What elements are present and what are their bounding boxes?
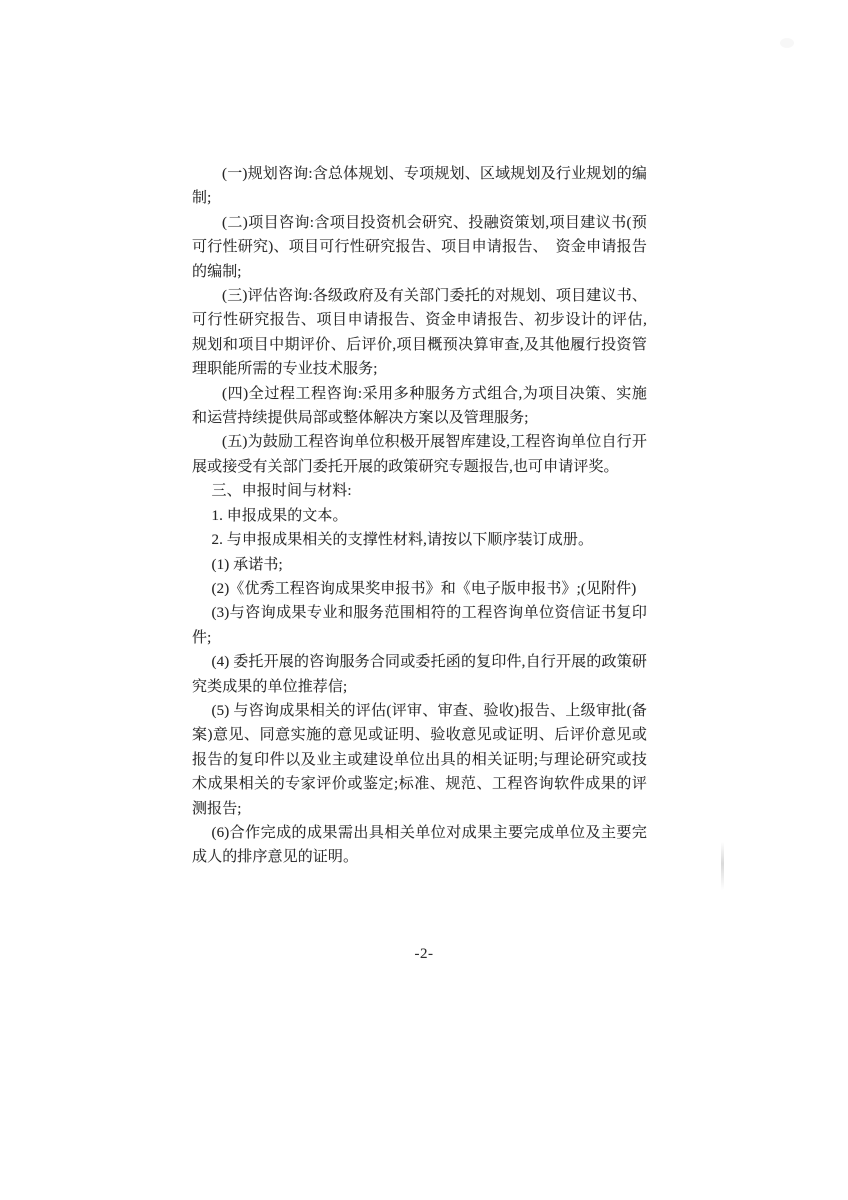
document-paragraph: 三、申报时间与材料: xyxy=(192,479,647,503)
document-paragraph: 2. 与申报成果相关的支撑性材料,请按以下顺序装订成册。 xyxy=(192,528,647,552)
document-body-text: (一)规划咨询:含总体规划、专项规划、区域规划及行业规划的编制;(二)项目咨询:… xyxy=(192,162,647,870)
document-paragraph: 1. 申报成果的文本。 xyxy=(192,504,647,528)
scan-artifact-streak xyxy=(721,842,724,890)
document-paragraph: (3)与咨询成果专业和服务范围相符的工程咨询单位资信证书复印件; xyxy=(192,601,647,650)
document-paragraph: (6)合作完成的成果需出具相关单位对成果主要完成单位及主要完成人的排序意见的证明… xyxy=(192,821,647,870)
document-paragraph: (一)规划咨询:含总体规划、专项规划、区域规划及行业规划的编制; xyxy=(192,162,647,211)
document-paragraph: (4) 委托开展的咨询服务合同或委托函的复印件,自行开展的政策研究类成果的单位推… xyxy=(192,650,647,699)
scanned-document-page: (一)规划咨询:含总体规划、专项规划、区域规划及行业规划的编制;(二)项目咨询:… xyxy=(0,0,848,1200)
document-paragraph: (二)项目咨询:含项目投资机会研究、投融资策划,项目建议书(预可行性研究)、项目… xyxy=(192,211,647,284)
document-paragraph: (1) 承诺书; xyxy=(192,553,647,577)
document-paragraph: (四)全过程工程咨询:采用多种服务方式组合,为项目决策、实施和运营持续提供局部或… xyxy=(192,382,647,431)
document-paragraph: (五)为鼓励工程咨询单位积极开展智库建设,工程咨询单位自行开展或接受有关部门委托… xyxy=(192,430,647,479)
document-paragraph: (2)《优秀工程咨询成果奖申报书》和《电子版申报书》;(见附件) xyxy=(192,577,647,601)
document-paragraph: (5) 与咨询成果相关的评估(评审、审查、验收)报告、上级审批(备案)意见、同意… xyxy=(192,699,647,821)
document-paragraph: (三)评估咨询:各级政府及有关部门委托的对规划、项目建议书、可行性研究报告、项目… xyxy=(192,284,647,382)
page-number-label: -2- xyxy=(0,946,848,963)
scan-artifact-speck xyxy=(780,38,794,48)
